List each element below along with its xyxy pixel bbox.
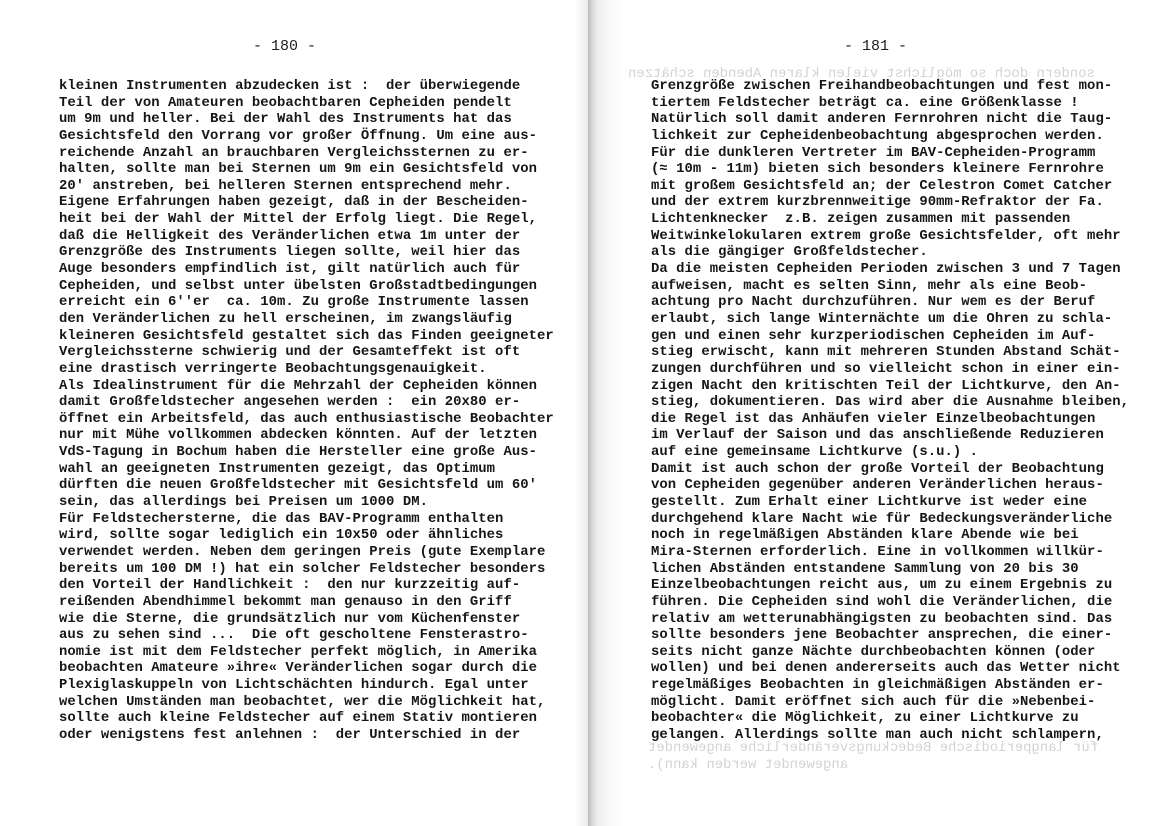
text-line: sollte besonders jene Beobachter ansprec… bbox=[651, 627, 1129, 644]
page-number: - 180 - bbox=[253, 38, 316, 55]
text-line: kleineren Gesichtsfeld gestaltet sich da… bbox=[59, 328, 554, 345]
text-line: gestellt. Zum Erhalt einer Lichtkurve is… bbox=[651, 494, 1129, 511]
text-line: Eigene Erfahrungen haben gezeigt, daß in… bbox=[59, 194, 554, 211]
text-line: tiertem Feldstecher beträgt ca. eine Grö… bbox=[651, 95, 1129, 112]
text-line: 20' anstreben, bei helleren Sternen ents… bbox=[59, 178, 554, 195]
page-body-text: Grenzgröße zwischen Freihandbeobachtunge… bbox=[651, 78, 1129, 744]
text-line: Grenzgröße zwischen Freihandbeobachtunge… bbox=[651, 78, 1129, 95]
text-line: Als Idealinstrument für die Mehrzahl der… bbox=[59, 378, 554, 395]
text-line: Gesichtsfeld den Vorrang vor großer Öffn… bbox=[59, 128, 554, 145]
text-line: daß die Helligkeit des Veränderlichen et… bbox=[59, 228, 554, 245]
book-spread: - 180 - kleinen Instrumenten abzudecken … bbox=[0, 0, 1169, 826]
text-line: reißenden Abendhimmel bekommt man genaus… bbox=[59, 594, 554, 611]
text-line: Einzelbeobachtungen reicht aus, um zu ei… bbox=[651, 577, 1129, 594]
text-line: Grenzgröße des Instruments liegen sollte… bbox=[59, 244, 554, 261]
page-body-text: kleinen Instrumenten abzudecken ist : de… bbox=[59, 78, 554, 744]
text-line: Da die meisten Cepheiden Perioden zwisch… bbox=[651, 261, 1129, 278]
text-line: reichende Anzahl an brauchbaren Vergleic… bbox=[59, 145, 554, 162]
text-line: sein, das allerdings bei Preisen um 1000… bbox=[59, 494, 554, 511]
text-line: Mira-Sternen erforderlich. Eine in vollk… bbox=[651, 544, 1129, 561]
bleed-through-line: angewendet werden kann). bbox=[648, 757, 1168, 774]
page-number: - 181 - bbox=[844, 38, 907, 55]
text-line: erreicht ein 6''er ca. 10m. Zu große Ins… bbox=[59, 294, 554, 311]
text-line: gen und einen sehr kurzperiodischen Ceph… bbox=[651, 328, 1129, 345]
text-line: auf eine gemeinsame Lichtkurve (s.u.) . bbox=[651, 444, 1129, 461]
text-line: Teil der von Amateuren beobachtbaren Cep… bbox=[59, 95, 554, 112]
text-line: lichen Abständen entstandene Sammlung vo… bbox=[651, 561, 1129, 578]
left-page: - 180 - kleinen Instrumenten abzudecken … bbox=[0, 0, 588, 826]
text-line: bereits um 100 DM !) hat ein solcher Fel… bbox=[59, 561, 554, 578]
text-line: achtung pro Nacht durchzuführen. Nur wem… bbox=[651, 294, 1129, 311]
text-line: zigen Nacht den kritischten Teil der Lic… bbox=[651, 378, 1129, 395]
text-line: dürften die neuen Großfeldstecher mit Ge… bbox=[59, 477, 554, 494]
text-line: wird, sollte sogar lediglich ein 10x50 o… bbox=[59, 527, 554, 544]
text-line: nomie ist mit dem Feldstecher perfekt mö… bbox=[59, 644, 554, 661]
text-line: den Veränderlichen zu hell erscheinen, i… bbox=[59, 311, 554, 328]
text-line: seits nicht ganze Nächte durchbeobachten… bbox=[651, 644, 1129, 661]
text-line: damit Großfeldstecher angesehen werden :… bbox=[59, 394, 554, 411]
text-line: sollte auch kleine Feldstecher auf einem… bbox=[59, 710, 554, 727]
text-line: Cepheiden, und selbst unter übelsten Gro… bbox=[59, 278, 554, 295]
text-line: im Verlauf der Saison und das anschließe… bbox=[651, 427, 1129, 444]
text-line: Auge besonders empfindlich ist, gilt nat… bbox=[59, 261, 554, 278]
text-line: durchgehend klare Nacht wie für Bedeckun… bbox=[651, 511, 1129, 528]
text-line: stieg, dokumentieren. Das wird aber die … bbox=[651, 394, 1129, 411]
text-line: Vergleichssterne schwierig und der Gesam… bbox=[59, 344, 554, 361]
text-line: (≈ 10m - 11m) bieten sich besonders klei… bbox=[651, 161, 1129, 178]
text-line: aufweisen, macht es selten Sinn, mehr al… bbox=[651, 278, 1129, 295]
text-line: Für die dunkleren Vertreter im BAV-Cephe… bbox=[651, 145, 1129, 162]
text-line: als die gängiger Großfeldstecher. bbox=[651, 244, 1129, 261]
text-line: kleinen Instrumenten abzudecken ist : de… bbox=[59, 78, 554, 95]
text-line: relativ am wetterunabhängigsten zu beoba… bbox=[651, 611, 1129, 628]
text-line: noch in regelmäßigen Abständen klare Abe… bbox=[651, 527, 1129, 544]
right-page: sondern doch so möglichst vielen klaren … bbox=[588, 0, 1169, 826]
text-line: verwendet werden. Neben dem geringen Pre… bbox=[59, 544, 554, 561]
text-line: nur mit Mühe vollkommen abdecken könnten… bbox=[59, 427, 554, 444]
text-line: heit bei der Wahl der Mittel der Erfolg … bbox=[59, 211, 554, 228]
bleed-through-line: für langperiodische Bedeckungsveränderli… bbox=[648, 740, 1168, 757]
text-line: stieg erwischt, kann mit mehreren Stunde… bbox=[651, 344, 1129, 361]
text-line: halten, sollte man bei Sternen um 9m ein… bbox=[59, 161, 554, 178]
text-line: den Vorteil der Handlichkeit : den nur k… bbox=[59, 577, 554, 594]
text-line: zungen durchführen und so vielleicht sch… bbox=[651, 361, 1129, 378]
text-line: eine drastisch verringerte Beobachtungsg… bbox=[59, 361, 554, 378]
text-line: wahl an geeigneten Instrumenten gezeigt,… bbox=[59, 461, 554, 478]
text-line: Natürlich soll damit anderen Fernrohren … bbox=[651, 111, 1129, 128]
text-line: beobachten Amateure »ihre« Veränderliche… bbox=[59, 660, 554, 677]
text-line: welchen Umständen man beobachtet, wer di… bbox=[59, 694, 554, 711]
text-line: um 9m und heller. Bei der Wahl des Instr… bbox=[59, 111, 554, 128]
text-line: VdS-Tagung in Bochum haben die Herstelle… bbox=[59, 444, 554, 461]
text-line: lichkeit zur Cepheidenbeobachtung abgesp… bbox=[651, 128, 1129, 145]
text-line: regelmäßiges Beobachten in gleichmäßigen… bbox=[651, 677, 1129, 694]
text-line: Plexiglaskuppeln von Lichtschächten hind… bbox=[59, 677, 554, 694]
text-line: möglicht. Damit eröffnet sich auch für d… bbox=[651, 694, 1129, 711]
text-line: beobachter« die Möglichkeit, zu einer Li… bbox=[651, 710, 1129, 727]
text-line: führen. Die Cepheiden sind wohl die Verä… bbox=[651, 594, 1129, 611]
bleed-through-text: für langperiodische Bedeckungsveränderli… bbox=[648, 740, 1168, 773]
text-line: mit großem Gesichtsfeld an; der Celestro… bbox=[651, 178, 1129, 195]
text-line: Lichtenknecker z.B. zeigen zusammen mit … bbox=[651, 211, 1129, 228]
text-line: Für Feldstechersterne, die das BAV-Progr… bbox=[59, 511, 554, 528]
text-line: die Regel ist das Anhäufen vieler Einzel… bbox=[651, 411, 1129, 428]
text-line: oder wenigstens fest anlehnen : der Unte… bbox=[59, 727, 554, 744]
text-line: aus zu sehen sind ... Die oft gescholten… bbox=[59, 627, 554, 644]
text-line: Damit ist auch schon der große Vorteil d… bbox=[651, 461, 1129, 478]
text-line: wollen) und bei denen andererseits auch … bbox=[651, 660, 1129, 677]
text-line: öffnet ein Arbeitsfeld, das auch enthusi… bbox=[59, 411, 554, 428]
text-line: von Cepheiden gegenüber anderen Veränder… bbox=[651, 477, 1129, 494]
text-line: erlaubt, sich lange Winternächte um die … bbox=[651, 311, 1129, 328]
text-line: wie die Sterne, die grundsätzlich nur vo… bbox=[59, 611, 554, 628]
text-line: und der extrem kurzbrennweitige 90mm-Ref… bbox=[651, 194, 1129, 211]
text-line: Weitwinkelokularen extrem große Gesichts… bbox=[651, 228, 1129, 245]
